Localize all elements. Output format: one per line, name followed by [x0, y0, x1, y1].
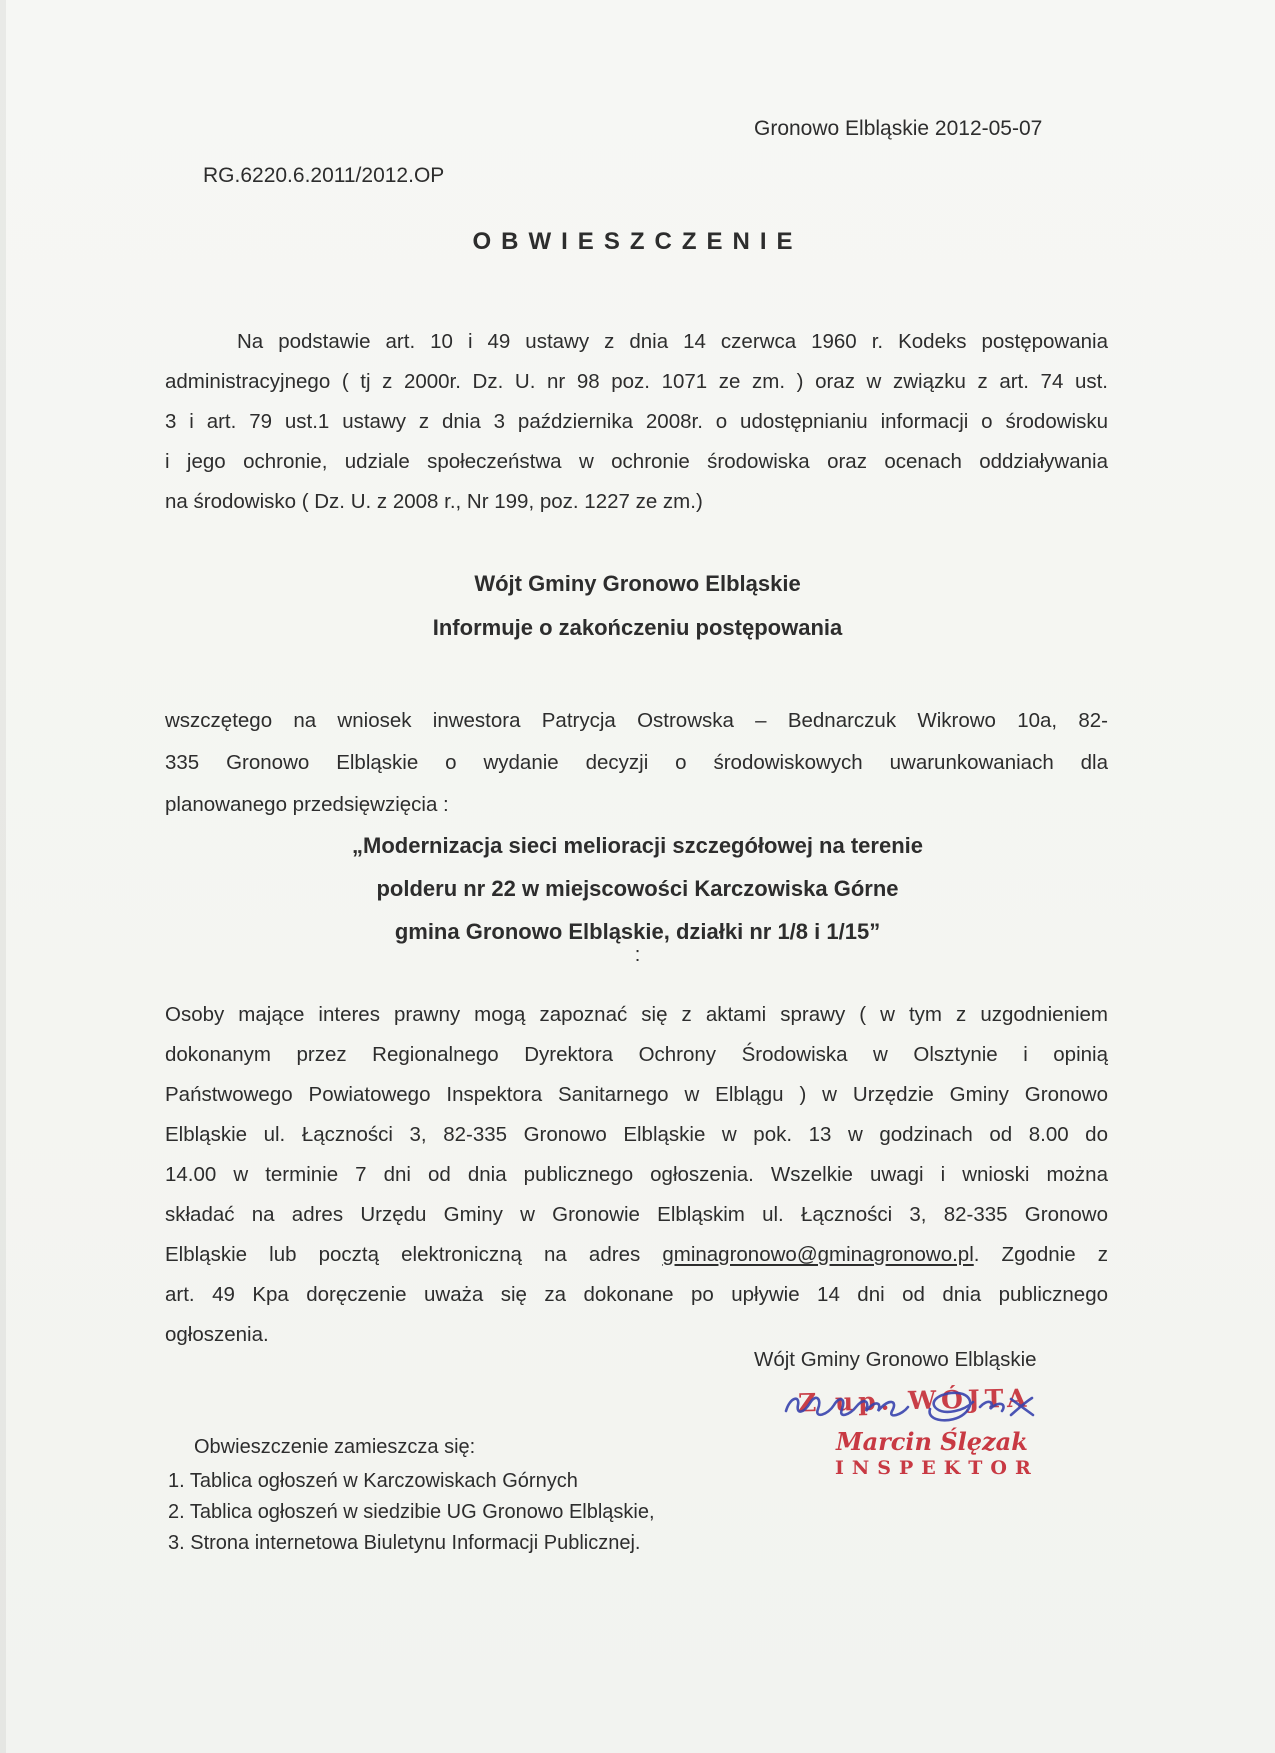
- request-paragraph: wszczętego na wniosek inwestora Patrycja…: [165, 700, 1108, 826]
- distribution-item: 3. Strona internetowa Biuletynu Informac…: [168, 1528, 655, 1559]
- scanned-document-page: Gronowo Elbląskie 2012-05-07 RG.6220.6.2…: [0, 0, 1275, 1753]
- signer-title: Wójt Gminy Gronowo Elbląskie: [754, 1348, 1037, 1372]
- distribution-heading: Obwieszczenie zamieszcza się:: [194, 1436, 475, 1459]
- distribution-item: 1. Tablica ogłoszeń w Karczowiskach Górn…: [168, 1466, 655, 1497]
- project-title-line: „Modernizacja sieci melioracji szczegóło…: [0, 824, 1275, 867]
- heading-line: Wójt Gminy Gronowo Elbląskie: [0, 562, 1275, 606]
- paragraph-line: administracyjnego ( tj z 2000r. Dz. U. n…: [165, 362, 1108, 402]
- paragraph-line: Elbląskie ul. Łączności 3, 82-335 Gronow…: [165, 1115, 1108, 1155]
- legal-basis-paragraph: Na podstawie art. 10 i 49 ustawy z dnia …: [165, 322, 1108, 522]
- document-title: OBWIESZCZENIE: [0, 228, 1275, 256]
- paragraph-line: na środowisko ( Dz. U. z 2008 r., Nr 199…: [165, 482, 1108, 522]
- reference-number: RG.6220.6.2011/2012.OP: [203, 164, 444, 188]
- paragraph-line: Osoby mające interes prawny mogą zapozna…: [165, 995, 1108, 1035]
- colon-separator: :: [0, 944, 1275, 967]
- paragraph-line: składać na adres Urzędu Gminy w Gronowie…: [165, 1195, 1108, 1235]
- email-line-prefix: Elbląskie lub pocztą elektroniczną na ad…: [165, 1243, 640, 1266]
- paragraph-line: Na podstawie art. 10 i 49 ustawy z dnia …: [165, 322, 1108, 362]
- paragraph-line: 3 i art. 79 ust.1 ustawy z dnia 3 paździ…: [165, 402, 1108, 442]
- stamp-name: Marcin Ślęzak: [836, 1427, 1028, 1456]
- paragraph-line: Państwowego Powiatowego Inspektora Sanit…: [165, 1075, 1108, 1115]
- distribution-item: 2. Tablica ogłoszeń w siedzibie UG Grono…: [168, 1497, 655, 1528]
- distribution-list: 1. Tablica ogłoszeń w Karczowiskach Górn…: [168, 1466, 655, 1559]
- main-heading: Wójt Gminy Gronowo Elbląskie Informuje o…: [0, 562, 1275, 650]
- project-title: „Modernizacja sieci melioracji szczegóło…: [0, 824, 1275, 953]
- info-paragraph: Osoby mające interes prawny mogą zapozna…: [165, 995, 1108, 1355]
- paragraph-line: planowanego przedsięwzięcia :: [165, 784, 1108, 826]
- place-and-date: Gronowo Elbląskie 2012-05-07: [754, 117, 1042, 141]
- handwritten-signature: [780, 1381, 1038, 1427]
- paragraph-line-with-email: Elbląskie lub pocztą elektroniczną na ad…: [165, 1235, 1108, 1275]
- email-address: gminagronowo@gminagronowo.pl: [662, 1243, 973, 1266]
- paragraph-line: dokonanym przez Regionalnego Dyrektora O…: [165, 1035, 1108, 1075]
- paragraph-line: art. 49 Kpa doręczenie uważa się za doko…: [165, 1275, 1108, 1315]
- paragraph-line: 335 Gronowo Elbląskie o wydanie decyzji …: [165, 742, 1108, 784]
- heading-line: Informuje o zakończeniu postępowania: [0, 606, 1275, 650]
- paragraph-line: i jego ochronie, udziale społeczeństwa w…: [165, 442, 1108, 482]
- project-title-line: polderu nr 22 w miejscowości Karczowiska…: [0, 867, 1275, 910]
- email-line-suffix: . Zgodnie z: [974, 1243, 1108, 1266]
- paragraph-line: 14.00 w terminie 7 dni od dnia publiczne…: [165, 1155, 1108, 1195]
- stamp-position: INSPEKTOR: [835, 1457, 1039, 1479]
- paragraph-line: wszczętego na wniosek inwestora Patrycja…: [165, 700, 1108, 742]
